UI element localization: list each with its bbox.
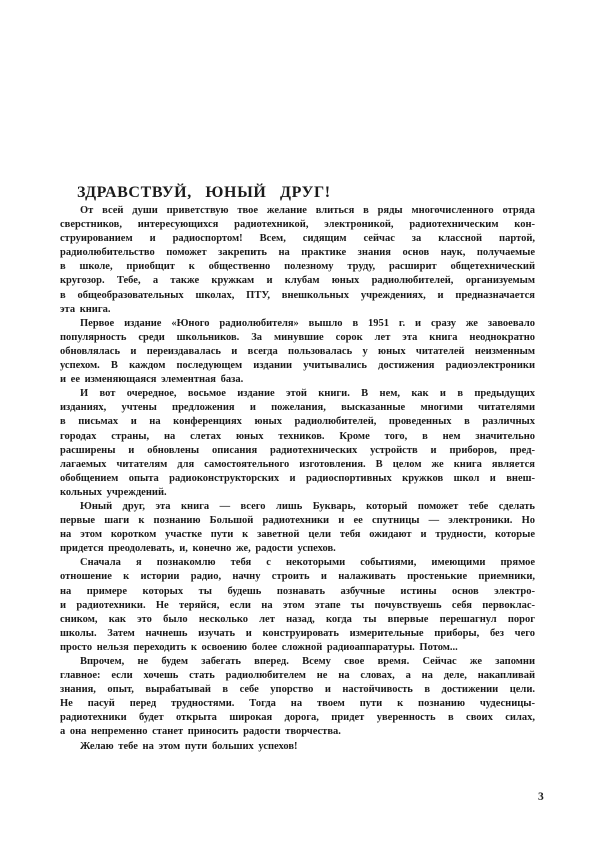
text-line: Не пасуй перед трудностями. Тогда на тво… [60, 697, 535, 711]
text-line: просто нельзя переходить к освоению боле… [60, 641, 535, 655]
text-line: Впрочем, не будем забегать вперед. Всему… [60, 655, 535, 669]
text-line: Первое издание «Юного радиолюбителя» выш… [60, 317, 535, 331]
text-line: на этом коротком участке пути к заветной… [60, 528, 535, 542]
text-line: обобщением опыта радиоконструкторских и … [60, 472, 535, 486]
text-line: струированием и радиоспортом! Всем, сидя… [60, 232, 535, 246]
text-line: Желаю тебе на этом пути больших успехов! [60, 740, 535, 754]
text-line: первые шаги к познанию Большой радиотехн… [60, 514, 535, 528]
text-line: главное: если хочешь стать радиолюбителе… [60, 669, 535, 683]
text-line: расширены и обновлены описания радиотехн… [60, 444, 535, 458]
text-line: в общеобразовательных школах, ПТУ, внешк… [60, 289, 535, 303]
text-line: кольных учреждений. [60, 486, 535, 500]
text-line: знания, опыт, вырабатывай в себе упорств… [60, 683, 535, 697]
paragraph: Впрочем, не будем забегать вперед. Всему… [60, 655, 535, 740]
text-line: Сначала я познакомлю тебя с некоторыми с… [60, 556, 535, 570]
chapter-title: ЗДРАВСТВУЙ, ЮНЫЙ ДРУГ! [77, 184, 331, 202]
text-line: а она непременно станет приносить радост… [60, 725, 535, 739]
text-line: школы. Затем начнешь изучать и конструир… [60, 627, 535, 641]
paragraph: Юный друг, эта книга — всего лишь Буквар… [60, 500, 535, 556]
text-line: и радиотехники. Не теряйся, если на этом… [60, 599, 535, 613]
paragraph: От всей души приветствую твое желание вл… [60, 204, 535, 317]
text-line: сником, как это было несколько лет назад… [60, 613, 535, 627]
text-line: в письмах и на конференциях юных радиолю… [60, 415, 535, 429]
text-line: кругозор. Тебе, а также кружкам и клубам… [60, 274, 535, 288]
text-line: придется преодолевать, и, конечно же, ра… [60, 542, 535, 556]
text-line: изданиях, учтены предложения и пожелания… [60, 401, 535, 415]
text-line: радиотехники будет открыта широкая дорог… [60, 711, 535, 725]
paragraph: Первое издание «Юного радиолюбителя» выш… [60, 317, 535, 387]
text-line: радиолюбительство поможет закрепить на п… [60, 246, 535, 260]
text-line: популярность среди школьников. За минувш… [60, 331, 535, 345]
text-line: и ее изменяющаяся элементная база. [60, 373, 535, 387]
text-line: отношение к истории радио, начну строить… [60, 570, 535, 584]
body-text: От всей души приветствую твое желание вл… [60, 204, 535, 754]
text-line: городах страны, на слетах юных техников.… [60, 430, 535, 444]
text-line: обновлялась и переиздавалась и всегда по… [60, 345, 535, 359]
text-line: И вот очередное, восьмое издание этой кн… [60, 387, 535, 401]
text-line: Юный друг, эта книга — всего лишь Буквар… [60, 500, 535, 514]
text-line: эта книга. [60, 303, 535, 317]
book-page: ЗДРАВСТВУЙ, ЮНЫЙ ДРУГ! От всей души прив… [0, 0, 600, 868]
text-line: лагаемых читателям для самостоятельного … [60, 458, 535, 472]
text-line: успехом. В каждом последующем издании уч… [60, 359, 535, 373]
paragraph: Сначала я познакомлю тебя с некоторыми с… [60, 556, 535, 655]
paragraph: И вот очередное, восьмое издание этой кн… [60, 387, 535, 500]
page-number: 3 [538, 791, 544, 803]
paragraph: Желаю тебе на этом пути больших успехов! [60, 740, 535, 754]
text-line: в школе, приобщит к общественно полезном… [60, 260, 535, 274]
text-line: От всей души приветствую твое желание вл… [60, 204, 535, 218]
text-line: сверстников, интересующихся радиотехнико… [60, 218, 535, 232]
text-line: на примере которых ты будешь познавать а… [60, 585, 535, 599]
